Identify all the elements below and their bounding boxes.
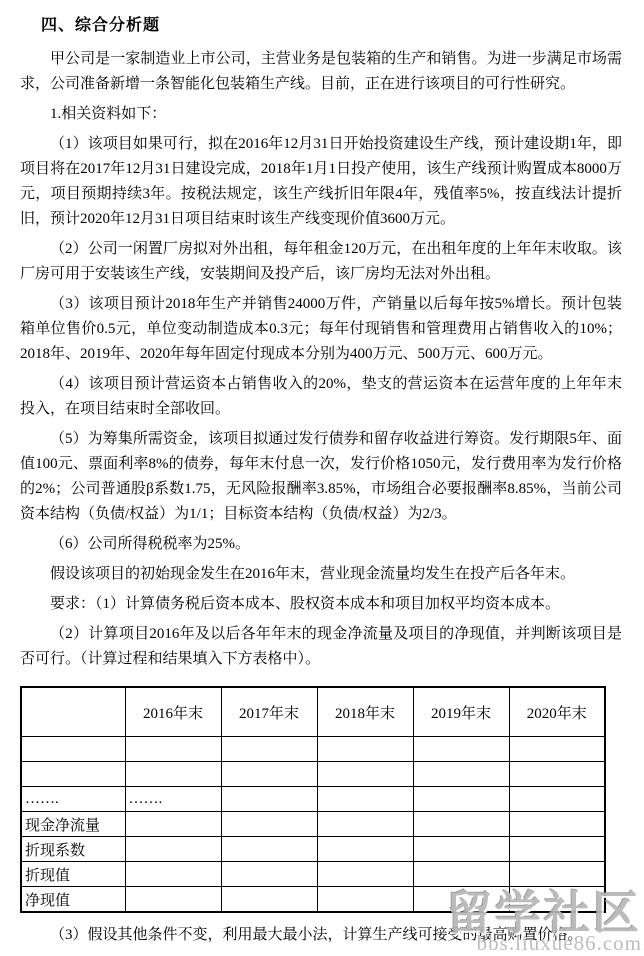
table-cell <box>317 762 413 787</box>
table-cell <box>221 787 317 812</box>
paragraph-requirement-1: 要求：（1）计算债务税后资本成本、股权资本成本和项目加权平均资本成本。 <box>20 592 622 617</box>
table-cell <box>125 812 221 837</box>
table-cell <box>509 812 605 837</box>
paragraph-materials: 1.相关资料如下： <box>20 102 622 127</box>
table-cell <box>413 737 509 762</box>
table-cell <box>125 887 221 913</box>
table-cell <box>221 887 317 913</box>
table-cell <box>317 737 413 762</box>
table-cell <box>413 862 509 887</box>
row-label: 折现值 <box>21 862 125 887</box>
table-row-npv: 净现值 <box>21 887 605 913</box>
table-cell <box>317 787 413 812</box>
table-cell <box>221 762 317 787</box>
table-header-2020: 2020年末 <box>509 687 605 737</box>
paragraph-item-6: （6）公司所得税税率为25%。 <box>20 532 622 557</box>
paragraph-item-5: （5）为筹集所需资金，该项目拟通过发行债券和留存收益进行筹资。发行期限5年、面值… <box>20 427 622 527</box>
table-cell <box>125 862 221 887</box>
table-row-ellipsis: ……. ……. <box>21 787 605 812</box>
row-label <box>21 762 125 787</box>
table-cell <box>317 812 413 837</box>
table-cell <box>221 737 317 762</box>
table-row-present-value: 折现值 <box>21 862 605 887</box>
row-label: 现金净流量 <box>21 812 125 837</box>
table-cell <box>317 862 413 887</box>
table-header-2019: 2019年末 <box>413 687 509 737</box>
paragraph-item-2: （2）公司一闲置厂房拟对外出租，每年租金120万元，在出租年度的上年年末收取。该… <box>20 237 622 287</box>
table-header-empty <box>21 687 125 737</box>
table-cell <box>125 837 221 862</box>
paragraph-intro: 甲公司是一家制造业上市公司，主营业务是包装箱的生产和销售。为进一步满足市场需求，… <box>20 47 622 97</box>
table-row-discount-factor: 折现系数 <box>21 837 605 862</box>
table-cell <box>221 837 317 862</box>
row-label: 净现值 <box>21 887 125 913</box>
table-row <box>21 737 605 762</box>
table-cell <box>509 737 605 762</box>
table-header-2018: 2018年末 <box>317 687 413 737</box>
row-label: 折现系数 <box>21 837 125 862</box>
table-header-2016: 2016年末 <box>125 687 221 737</box>
document-page: 四、综合分析题 甲公司是一家制造业上市公司，主营业务是包装箱的生产和销售。为进一… <box>0 0 644 956</box>
table-cell <box>509 862 605 887</box>
table-row <box>21 762 605 787</box>
table-cell <box>509 837 605 862</box>
table-cell <box>221 812 317 837</box>
row-label <box>21 737 125 762</box>
results-table: 2016年末 2017年末 2018年末 2019年末 2020年末 <box>20 686 606 913</box>
table-cell <box>413 762 509 787</box>
table-cell <box>317 887 413 913</box>
paragraph-item-3: （3）该项目预计2018年生产并销售24000万件，产销量以后每年按5%增长。预… <box>20 292 622 367</box>
table-cell <box>125 762 221 787</box>
table-cell <box>413 837 509 862</box>
table-header-2017: 2017年末 <box>221 687 317 737</box>
table-cell <box>413 787 509 812</box>
paragraph-item-4: （4）该项目预计营运资本占销售收入的20%，垫支的营运资本在运营年度的上年年末投… <box>20 372 622 422</box>
table-header-row: 2016年末 2017年末 2018年末 2019年末 2020年末 <box>21 687 605 737</box>
table-cell <box>509 787 605 812</box>
table-cell <box>221 862 317 887</box>
paragraph-requirement-2: （2）计算项目2016年及以后各年年末的现金净流量及项目的净现值，并判断该项目是… <box>20 622 622 672</box>
page-title: 四、综合分析题 <box>41 12 622 35</box>
table-cell <box>413 812 509 837</box>
table-cell <box>413 887 509 913</box>
table-row-net-cash-flow: 现金净流量 <box>21 812 605 837</box>
table-cell <box>509 887 605 913</box>
table-cell <box>125 737 221 762</box>
row-label: ……. <box>21 787 125 812</box>
table-cell <box>509 762 605 787</box>
table-cell: ……. <box>125 787 221 812</box>
paragraph-assumption: 假设该项目的初始现金发生在2016年末，营业现金流量均发生在投产后各年末。 <box>20 562 622 587</box>
paragraph-item-1: （1）该项目如果可行，拟在2016年12月31日开始投资建设生产线，预计建设期1… <box>20 132 622 232</box>
paragraph-requirement-3: （3）假设其他条件不变，利用最大最小法，计算生产线可接受的最高购置价格。 <box>20 923 622 948</box>
table-cell <box>317 837 413 862</box>
